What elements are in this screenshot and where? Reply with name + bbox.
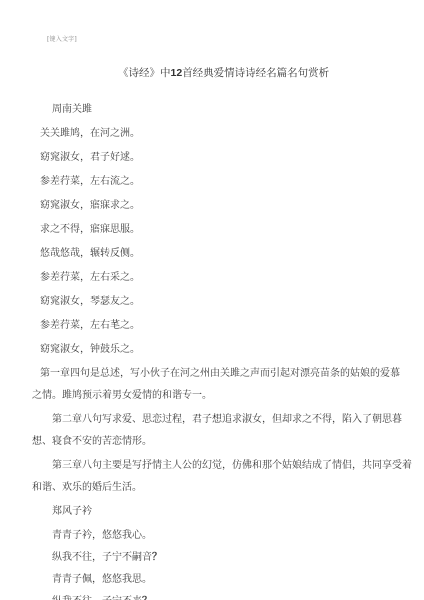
poem-line: 求之不得，寤寐思服。 [40, 224, 140, 236]
analysis-paragraph-2-line-2: 想、寝食不安的苦恋情形。 [32, 436, 152, 448]
poem-line: 纵我不往，子宁不来？ [52, 596, 152, 600]
analysis-paragraph-3-line-1: 第三章八句主要是写抒情主人公的幻觉，仿佛和那个姑娘结成了情侣，共同享受着 [52, 460, 412, 472]
poem-line: 窈窕淑女，钟鼓乐之。 [40, 344, 140, 356]
poem-line: 青青子佩，悠悠我思。 [52, 574, 152, 586]
title-suffix: 首经典爱情诗诗经名篇名句赏析 [182, 67, 329, 79]
header-placeholder[interactable]: [键入文字] [47, 34, 77, 43]
poem-line: 青青子衿，悠悠我心。 [52, 530, 152, 542]
poem-line: 窈窕淑女，琴瑟友之。 [40, 296, 140, 308]
poem-line-end: ？ [142, 596, 152, 600]
poem-line: 悠哉悠哉，辗转反侧。 [40, 248, 140, 260]
poem-line: 参差荇菜，左右流之。 [40, 176, 140, 188]
document-title: 《诗经》中12首经典爱情诗诗经名篇名句赏析 [118, 65, 329, 80]
poem-line: 参差荇菜，左右采之。 [40, 272, 140, 284]
poem-line-text: 纵我不往，子宁不来 [52, 596, 142, 600]
analysis-paragraph-3-line-2: 和谐、欢乐的婚后生活。 [32, 482, 142, 494]
poem-line: 窈窕淑女，君子好逑。 [40, 152, 140, 164]
poem-heading: 郑风子衿 [52, 506, 92, 518]
poem-line: 参差荇菜，左右芼之。 [40, 320, 140, 332]
poem-line-text: 青青子佩，悠悠我思。 [52, 574, 152, 585]
document-page: [键入文字] 《诗经》中12首经典爱情诗诗经名篇名句赏析 周南关雎 关关雎鸠，在… [0, 0, 424, 600]
poem-line: 窈窕淑女，寤寐求之。 [40, 200, 140, 212]
poem-line: 关关雎鸠，在河之洲。 [40, 128, 140, 140]
poem-line: 纵我不往，子宁不嗣音？ [52, 552, 162, 564]
poem-line-text: 纵我不往，子宁不嗣音 [52, 552, 152, 563]
analysis-paragraph-2-line-1: 第二章八句写求爱、思恋过程，君子想追求淑女，但却求之不得，陷入了朝思暮 [52, 414, 402, 426]
poem-line-end: ？ [152, 552, 162, 563]
poem-heading: 周南关雎 [52, 104, 92, 116]
title-number: 12 [171, 67, 183, 79]
analysis-paragraph-1-line-2: 之情。雎鸠预示着男女爱情的和谐专一。 [32, 390, 212, 402]
analysis-paragraph-1-line-1: 第一章四句是总述，写小伙子在河之州由关雎之声而引起对漂亮苗条的姑娘的爱慕 [40, 368, 400, 380]
title-prefix: 《诗经》中 [118, 67, 171, 79]
poem-line-text: 青青子衿，悠悠我心。 [52, 530, 152, 541]
